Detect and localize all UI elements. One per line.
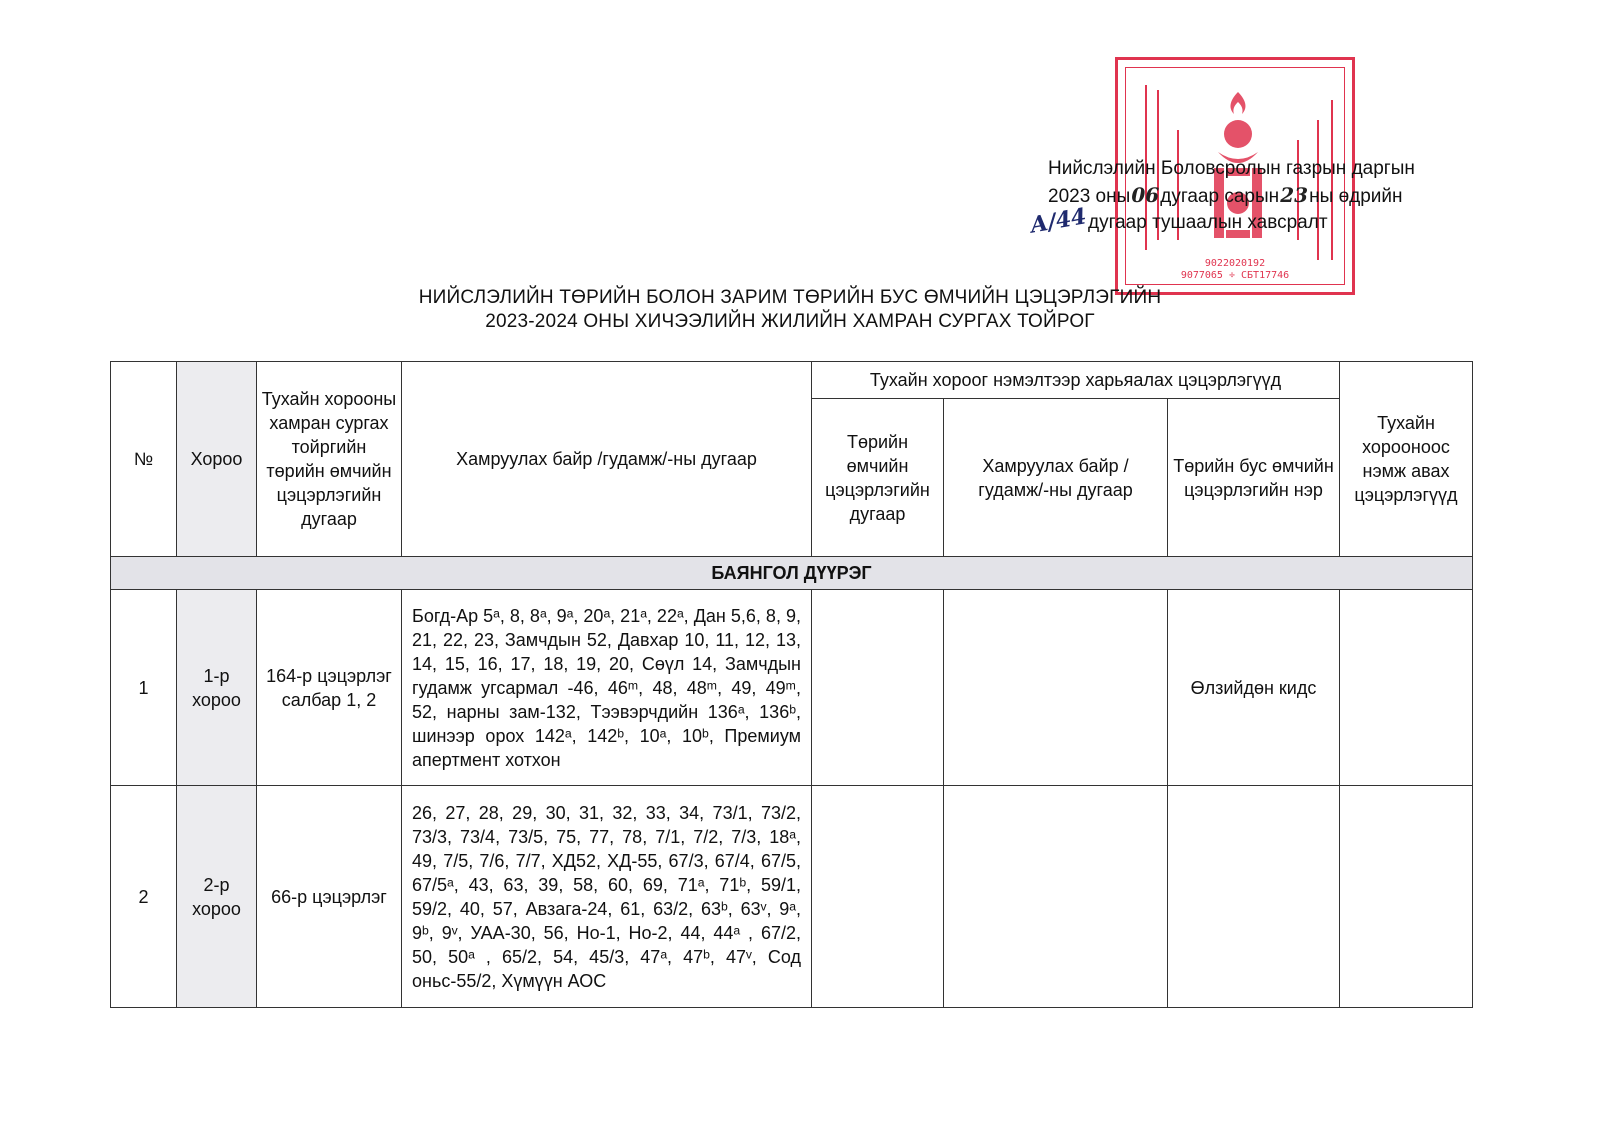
row-add-addresses	[944, 590, 1168, 786]
table-row: 1 1-р хороо 164-р цэцэрлэг салбар 1, 2 Б…	[111, 590, 1473, 786]
handwritten-day: 23	[1279, 182, 1309, 208]
approval-line-1: Нийслэлийн Боловсролын газрын даргын	[1048, 156, 1415, 182]
row-add-private-name	[1168, 786, 1340, 1008]
handwritten-month: 06	[1130, 182, 1160, 208]
approval-line-3: дугаар тушаалын хавсралт	[1048, 210, 1415, 236]
header-state-kindergarten: Тухайн хорооны хамран сургах тойргийн тө…	[257, 362, 402, 557]
row-no: 2	[111, 786, 177, 1008]
row-kindergarten: 66-р цэцэрлэг	[257, 786, 402, 1008]
document-title: НИЙСЛЭЛИЙН ТӨРИЙН БОЛОН ЗАРИМ ТӨРИЙН БУС…	[0, 286, 1580, 334]
row-khoroo: 2-р хороо	[177, 786, 257, 1008]
district-name: БАЯНГОЛ ДҮҮРЭГ	[111, 557, 1473, 590]
header-khoroo: Хороо	[177, 362, 257, 557]
title-line-1: НИЙСЛЭЛИЙН ТӨРИЙН БОЛОН ЗАРИМ ТӨРИЙН БУС…	[0, 286, 1580, 310]
stamp-codes: 9022020192 9077065 ÷ СБТ17746	[1118, 258, 1352, 282]
approval-line-2: 2023 оны06дугаар сарын23ны өдрийн	[1048, 182, 1415, 210]
row-add-state-no	[812, 590, 944, 786]
row-khoroo: 1-р хороо	[177, 590, 257, 786]
header-add-addresses: Хамруулах байр /гудамж/-ны дугаар	[944, 399, 1168, 557]
row-no: 1	[111, 590, 177, 786]
row-add-state-no	[812, 786, 944, 1008]
district-row: БАЯНГОЛ ДҮҮРЭГ	[111, 557, 1473, 590]
header-additional-group: Тухайн хороог нэмэлтээр харьяалах цэцэрл…	[812, 362, 1340, 399]
header-no: №	[111, 362, 177, 557]
header-addresses: Хамруулах байр /гудамж/-ны дугаар	[402, 362, 812, 557]
header-row-1: № Хороо Тухайн хорооны хамран сургах той…	[111, 362, 1473, 399]
row-kindergarten: 164-р цэцэрлэг салбар 1, 2	[257, 590, 402, 786]
row-addresses: Богд-Ар 5ᵃ, 8, 8ᵃ, 9ᵃ, 20ᵃ, 21ᵃ, 22ᵃ, Да…	[402, 590, 812, 786]
row-extra	[1340, 786, 1473, 1008]
row-add-addresses	[944, 786, 1168, 1008]
header-extra-from-khoroo: Тухайн хорооноос нэмж авах цэцэрлэгүүд	[1340, 362, 1473, 557]
table-row: 2 2-р хороо 66-р цэцэрлэг 26, 27, 28, 29…	[111, 786, 1473, 1008]
header-add-state-no: Төрийн өмчийн цэцэрлэгийн дугаар	[812, 399, 944, 557]
row-extra	[1340, 590, 1473, 786]
approval-note: Нийслэлийн Боловсролын газрын даргын 202…	[1048, 156, 1415, 236]
row-add-private-name: Өлзийдөн кидс	[1168, 590, 1340, 786]
header-add-private-name: Төрийн бус өмчийн цэцэрлэгийн нэр	[1168, 399, 1340, 557]
stamp-code-1: 9022020192	[1118, 258, 1352, 270]
title-line-2: 2023-2024 ОНЫ ХИЧЭЭЛИЙН ЖИЛИЙН ХАМРАН СУ…	[0, 310, 1580, 334]
stamp-code-2: 9077065 ÷ СБТ17746	[1118, 270, 1352, 282]
row-addresses: 26, 27, 28, 29, 30, 31, 32, 33, 34, 73/1…	[402, 786, 812, 1008]
coverage-table: № Хороо Тухайн хорооны хамран сургах той…	[110, 361, 1473, 1008]
